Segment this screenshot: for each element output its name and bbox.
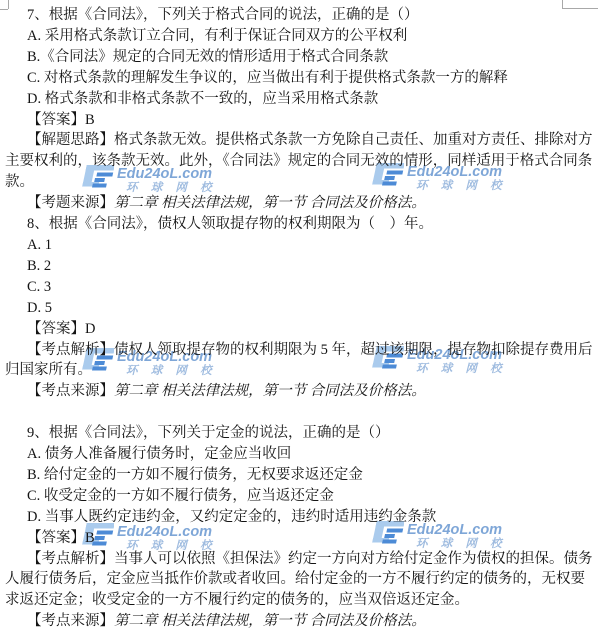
- analysis-line: 【考点解析】当事人可以依照《担保法》约定一方向对方给付定金作为债权的担保。债务人…: [5, 549, 597, 612]
- answer-value: B: [85, 112, 95, 128]
- answer-value: D: [85, 321, 95, 337]
- source-label: 【考题来源】: [27, 195, 114, 211]
- question-option: C. 收受定金的一方如不履行债务，应当返还定金: [5, 486, 597, 507]
- question-option: A. 采用格式条款订立合同，有利于保证合同双方的公平权利: [5, 26, 597, 47]
- question-block: 9、根据《合同法》，下列关于定金的说法，正确的是（）A. 债务人准备履行债务时，…: [5, 423, 597, 632]
- source-line: 【考点来源】第二章 相关法律法规，第一节 合同法及价格法。: [5, 381, 597, 402]
- source-text: 第二章 相关法律法规，第一节 合同法及价格法。: [114, 383, 426, 399]
- question-stem: 7、根据《合同法》，下列关于格式合同的说法，正确的是（）: [5, 5, 597, 26]
- question-option: C. 对格式条款的理解发生争议的，应当做出有利于提供格式条款一方的解释: [5, 68, 597, 89]
- question-option: A. 债务人准备履行债务时，定金应当收回: [5, 444, 597, 465]
- question-option: B. 2: [5, 256, 597, 277]
- source-label: 【考点来源】: [27, 613, 114, 629]
- answer-line: 【答案】B: [5, 110, 597, 131]
- source-label: 【考点来源】: [27, 383, 114, 399]
- question-option: C. 3: [5, 277, 597, 298]
- question-stem: 8、根据《合同法》，债权人领取提存物的权利期限为（ ）年。: [5, 214, 597, 235]
- analysis-label: 【考点解析】: [27, 342, 114, 358]
- answer-label: 【答案】: [27, 321, 85, 337]
- answer-label: 【答案】: [27, 112, 85, 128]
- answer-label: 【答案】: [27, 530, 85, 546]
- question-option: B. 给付定金的一方如不履行债务，无权要求返还定金: [5, 465, 597, 486]
- document-page: Edu24oL.com环 球 网 校Edu24oL.com环 球 网 校Edu2…: [0, 0, 600, 640]
- question-stem: 9、根据《合同法》，下列关于定金的说法，正确的是（）: [5, 423, 597, 444]
- question-option: B.《合同法》规定的合同无效的情形适用于格式合同条款: [5, 47, 597, 68]
- question-option: D. 当事人既约定违约金，又约定定金的，违约时适用违约金条款: [5, 507, 597, 528]
- answer-line: 【答案】D: [5, 319, 597, 340]
- source-line: 【考题来源】第二章 相关法律法规，第一节 合同法及价格法。: [5, 193, 597, 214]
- analysis-line: 【考点解析】债权人领取提存物的权利期限为 5 年，超过该期限，提存物扣除提存费用…: [5, 340, 597, 382]
- source-line: 【考点来源】第二章 相关法律法规，第一节 合同法及价格法。: [5, 611, 597, 632]
- analysis-label: 【解题思路】: [27, 132, 114, 148]
- question-block: 8、根据《合同法》，债权人领取提存物的权利期限为（ ）年。A. 1B. 2C. …: [5, 214, 597, 402]
- questions: 7、根据《合同法》，下列关于格式合同的说法，正确的是（）A. 采用格式条款订立合…: [0, 0, 600, 632]
- question-block: 7、根据《合同法》，下列关于格式合同的说法，正确的是（）A. 采用格式条款订立合…: [5, 5, 597, 214]
- analysis-label: 【考点解析】: [27, 551, 114, 567]
- answer-line: 【答案】B: [5, 528, 597, 549]
- question-option: D. 5: [5, 298, 597, 319]
- question-option: D. 格式条款和非格式条款不一致的，应当采用格式条款: [5, 89, 597, 110]
- analysis-line: 【解题思路】格式条款无效。提供格式条款一方免除自己责任、加重对方责任、排除对方主…: [5, 130, 597, 193]
- source-text: 第二章 相关法律法规，第一节 合同法及价格法。: [114, 613, 426, 629]
- question-option: A. 1: [5, 235, 597, 256]
- answer-value: B: [85, 530, 95, 546]
- source-text: 第二章 相关法律法规，第一节 合同法及价格法。: [114, 195, 426, 211]
